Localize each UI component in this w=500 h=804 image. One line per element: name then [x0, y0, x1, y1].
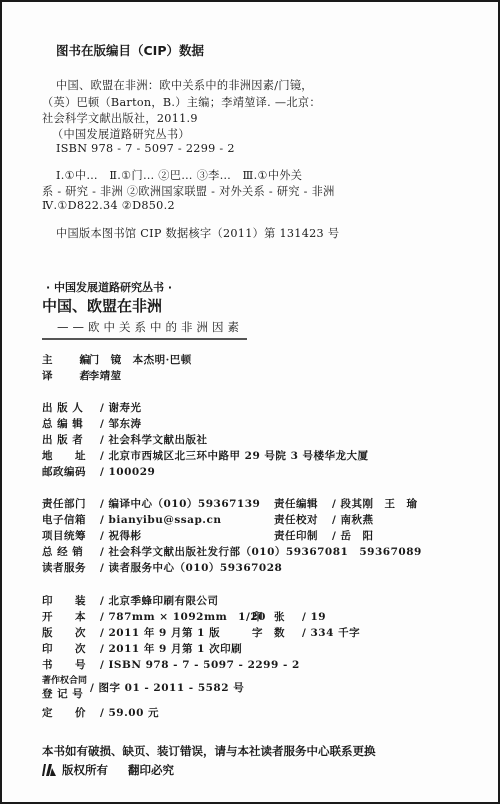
printing-row: 印 次/ 2011 年 9 月第 1 次印刷 [42, 641, 242, 656]
book-subtitle: ——欧中关系中的非洲因素 [57, 319, 243, 335]
publisher-logo-icon [42, 764, 56, 776]
publisher-row: 地 址/ 北京市西城区北三环中路甲 29 号院 3 号楼华龙大厦 [42, 448, 369, 463]
printing-row: 开 本/ 787mm × 1092mm 1/20 [42, 609, 266, 624]
piracy-warning: 翻印必究 [128, 762, 174, 778]
printing-row: 登 记 号 [42, 686, 90, 701]
copyright-contract-label: 著作权合同 [42, 673, 87, 686]
cip-classification: 系 - 研究 - 非洲 ②欧洲国家联盟 - 对外关系 - 研究 - 非洲 [42, 183, 335, 199]
cip-line: 社会科学文献出版社，2011.9 [42, 110, 198, 126]
cip-line: 中国、欧盟在非洲：欧中关系中的非洲因素/门镜， [56, 77, 313, 93]
cip-isbn: ISBN 978 - 7 - 5097 - 2299 - 2 [56, 142, 235, 155]
credit-row: 主 编 / 门 镜 本杰明·巴顿 [42, 352, 192, 367]
contact-row-right: 责任编辑/ 段其刚 王 瑜 [274, 496, 418, 511]
cip-classification: Ⅰ.①中… Ⅱ.①门… ②巴… ③李… Ⅲ.①中外关 [56, 167, 302, 183]
printing-row-right: 字 数/ 334 千字 [252, 625, 360, 640]
copyright-page: 图书在版编目（CIP）数据 中国、欧盟在非洲：欧中关系中的非洲因素/门镜， （英… [2, 2, 498, 802]
contact-row: 总 经 销/ 社会科学文献出版社发行部（010）59367081 5936708… [42, 544, 422, 559]
cip-line: （中国发展道路研究丛书） [52, 126, 190, 142]
contact-row-right: 责任校对/ 南秋燕 [274, 512, 374, 527]
series-name: · 中国发展道路研究丛书 · [46, 279, 172, 295]
publisher-row: 出 版 者/ 社会科学文献出版社 [42, 432, 208, 447]
credit-row: 译 者 / 李靖堃 [42, 368, 122, 383]
printing-row-right: 印 张/ 19 [252, 609, 326, 624]
cip-classification: Ⅳ.①D822.34 ②D850.2 [42, 199, 175, 212]
publisher-row: 出 版 人/ 谢寿光 [42, 400, 142, 415]
publisher-row: 总 编 辑/ 邹东涛 [42, 416, 142, 431]
copyright-reserved: 版权所有 [62, 762, 108, 778]
contact-row: 项目统筹/ 祝得彬 [42, 528, 142, 543]
printing-row-value: / 图字 01 - 2011 - 5582 号 [90, 680, 244, 695]
printing-row: 版 次/ 2011 年 9 月第 1 版 [42, 625, 220, 640]
replacement-notice: 本书如有破损、缺页、装订错误，请与本社读者服务中心联系更换 [42, 743, 376, 759]
cip-heading: 图书在版编目（CIP）数据 [56, 41, 204, 59]
printing-row: 定 价/ 59.00 元 [42, 705, 159, 720]
contact-row: 责任部门/ 编译中心（010）59367139 [42, 496, 260, 511]
cip-line: （英）巴顿（Barton，B.）主编；李靖堃译. —北京： [42, 94, 321, 110]
contact-row: 电子信箱/ bianyibu@ssap.cn [42, 512, 221, 527]
printing-row: 书 号/ ISBN 978 - 7 - 5097 - 2299 - 2 [42, 657, 300, 672]
publisher-row: 邮政编码/ 100029 [42, 464, 155, 479]
book-title: 中国、欧盟在非洲 [42, 295, 162, 316]
contact-row: 读者服务/ 读者服务中心（010）59367028 [42, 560, 282, 575]
title-rule [42, 338, 247, 340]
copyright-line: 版权所有 翻印必究 [42, 762, 174, 778]
contact-row-right: 责任印制/ 岳 阳 [274, 528, 374, 543]
cip-library-note: 中国版本图书馆 CIP 数据核字（2011）第 131423 号 [56, 225, 339, 241]
printing-row: 印 装/ 北京季蜂印刷有限公司 [42, 593, 219, 608]
